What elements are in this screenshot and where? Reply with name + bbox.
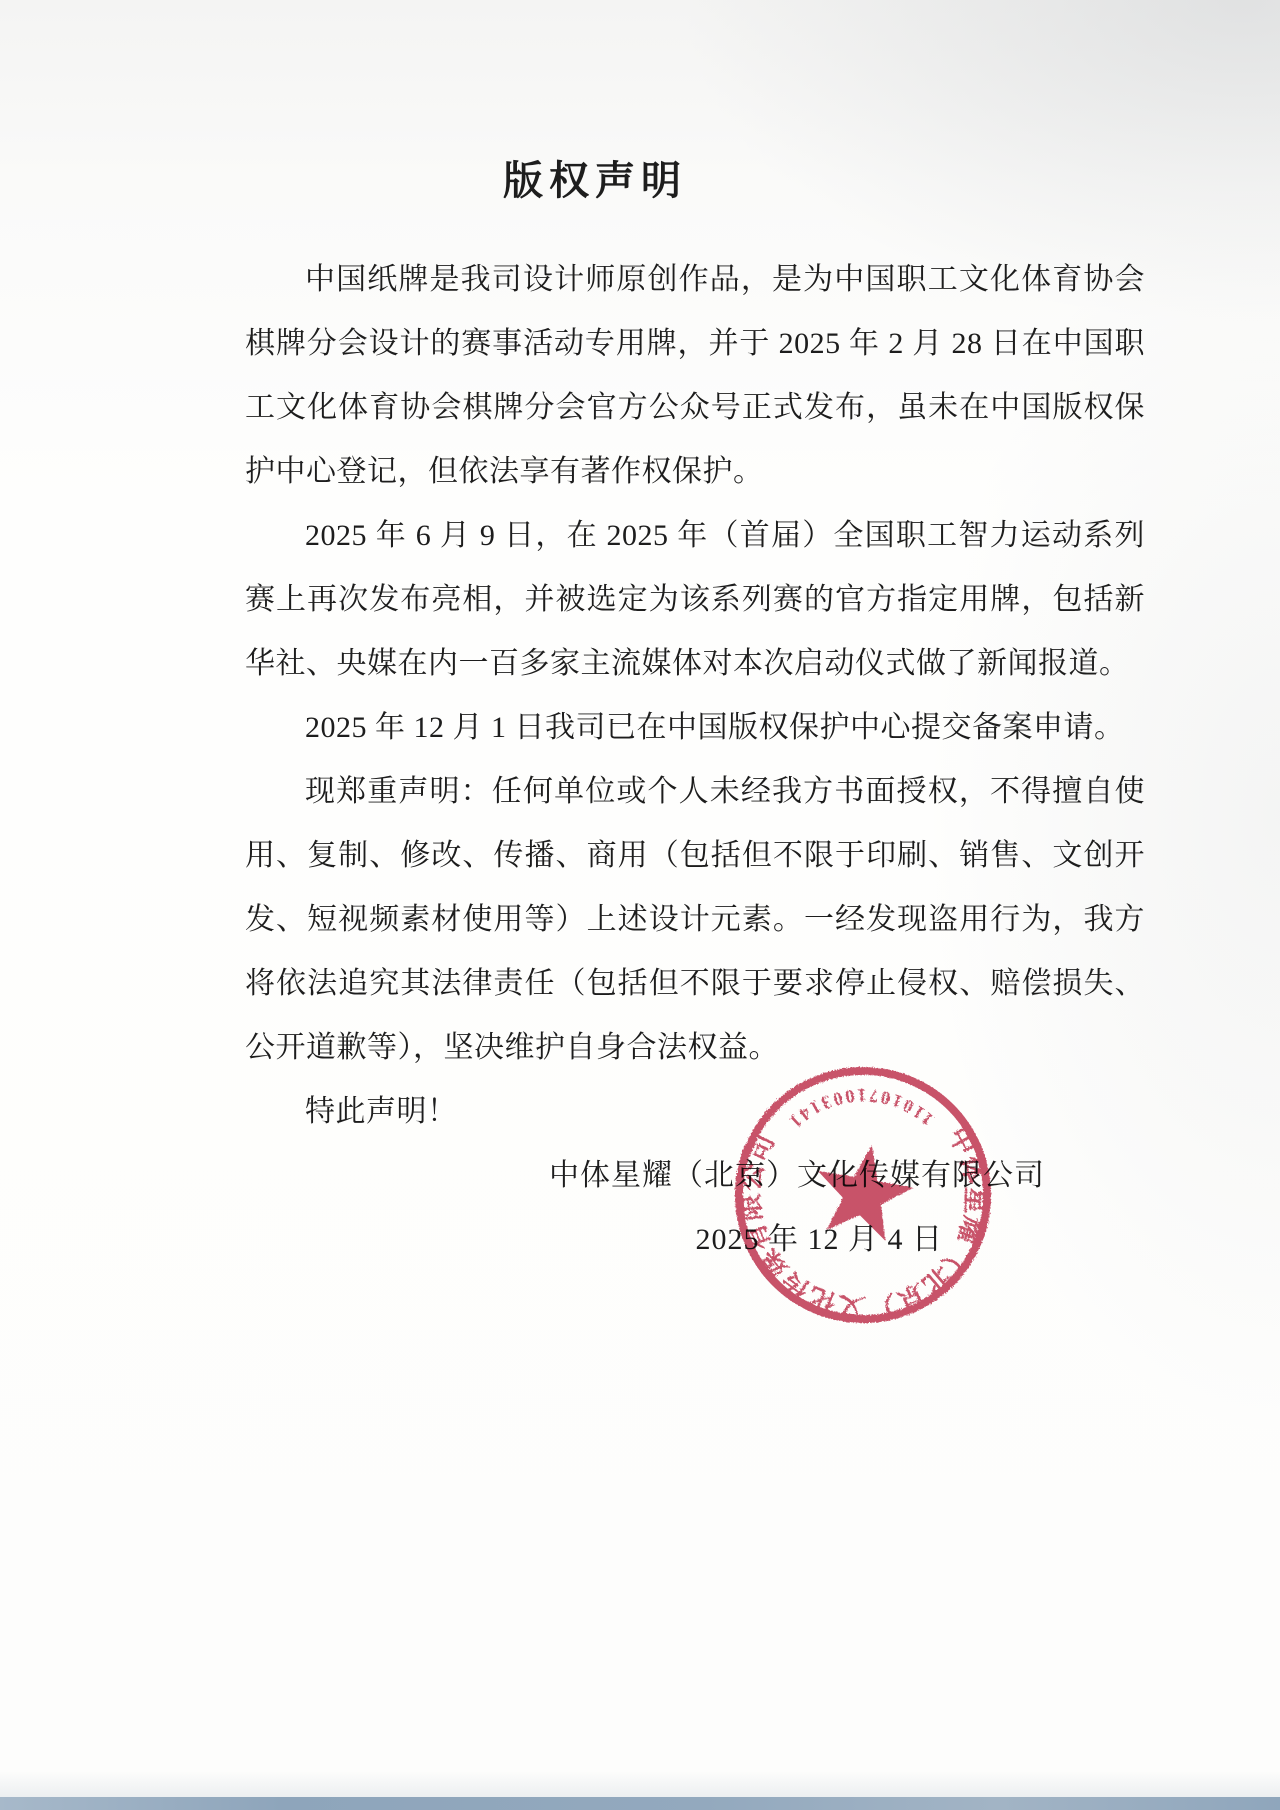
company-seal-stamp: 中体星耀（北京）文化传媒有限公司 1101071003141 [731, 1063, 995, 1327]
scanned-copyright-statement-page: 版权声明 中国纸牌是我司设计师原创作品，是为中国职工文化体育协会棋牌分会设计的赛… [0, 0, 1280, 1810]
paragraph-2: 2025 年 6 月 9 日，在 2025 年（首届）全国职工智力运动系列赛上再… [245, 504, 1145, 696]
signature-block: 中体星耀（北京）文化传媒有限公司 2025 年 12 月 4 日 [245, 1144, 1145, 1272]
signature-company: 中体星耀（北京）文化传媒有限公司 [245, 1144, 1145, 1208]
signature-date: 2025 年 12 月 4 日 [245, 1208, 1145, 1272]
paragraph-4: 现郑重声明：任何单位或个人未经我方书面授权，不得擅自使用、复制、修改、传播、商用… [245, 760, 1145, 1080]
scan-edge-strip [0, 1797, 1280, 1810]
paragraph-1: 中国纸牌是我司设计师原创作品，是为中国职工文化体育协会棋牌分会设计的赛事活动专用… [245, 248, 1145, 504]
paragraph-3: 2025 年 12 月 1 日我司已在中国版权保护中心提交备案申请。 [245, 696, 1145, 760]
document-title: 版权声明 [245, 158, 1145, 204]
document-body: 中国纸牌是我司设计师原创作品，是为中国职工文化体育协会棋牌分会设计的赛事活动专用… [245, 248, 1145, 1144]
document-content: 版权声明 中国纸牌是我司设计师原创作品，是为中国职工文化体育协会棋牌分会设计的赛… [245, 158, 1145, 1272]
seal-company-text: 中体星耀（北京）文化传媒有限公司 [732, 1120, 995, 1327]
seal-serial-number: 1101071003141 [782, 1083, 938, 1135]
star-icon [808, 1136, 920, 1244]
scan-bottom-shadow [0, 1771, 1280, 1797]
paragraph-closing: 特此声明！ [245, 1080, 1145, 1144]
